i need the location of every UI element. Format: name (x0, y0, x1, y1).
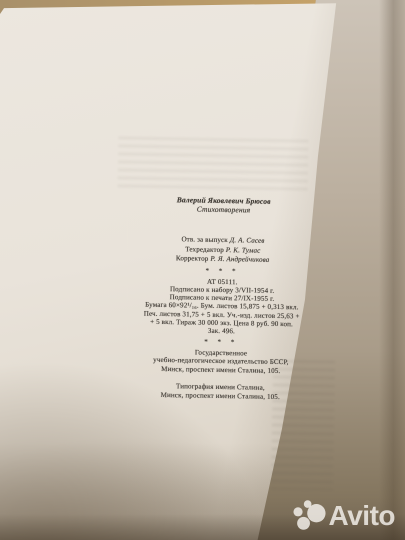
credits-block: Отв. за выпуск Д. А. Сасев Техредактор Р… (89, 234, 357, 267)
imprint-block: АТ 05111. Подписано к набору 3/VII-1954 … (87, 275, 356, 338)
book-page-stack-edge (379, 0, 405, 540)
avito-wordmark: Avito (329, 502, 395, 530)
page-showthrough-text (118, 136, 309, 191)
publisher-block: Государственное учебно-педагогическое из… (87, 346, 355, 377)
avito-logo-icon (293, 499, 326, 532)
book-photo: Валерий Яковлевич Брюсов Стихотворения О… (0, 0, 405, 540)
colophon-block: Валерий Яковлевич Брюсов Стихотворения О… (86, 194, 358, 403)
avito-watermark: Avito (293, 499, 395, 532)
